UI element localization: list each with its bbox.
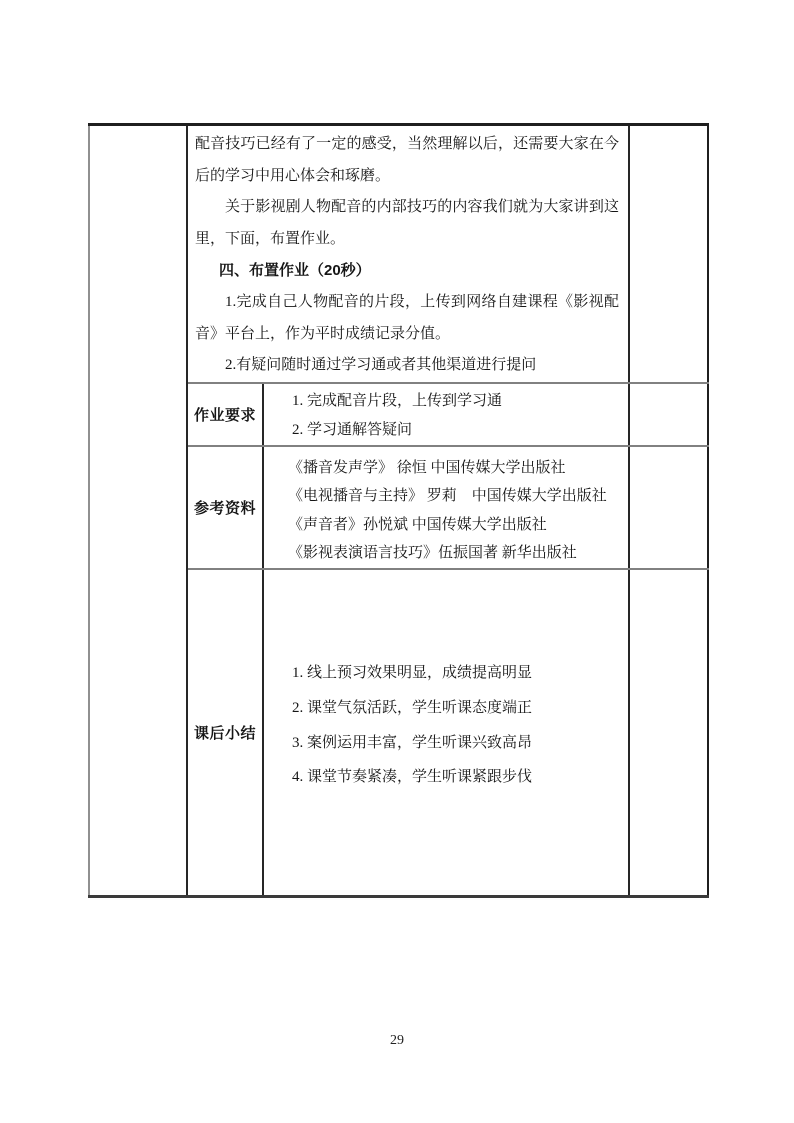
cell-homework-requirements: 1. 完成配音片段，上传到学习通 2. 学习通解答疑问 [263,383,629,446]
summary-line: 2. 课堂气氛活跃，学生听课态度端正 [292,691,622,726]
summary-line: 3. 案例运用丰富，学生听课兴致高昂 [292,726,622,761]
table-cell-right-empty [629,569,708,897]
summary-line: 1. 线上预习效果明显，成绩提高明显 [292,656,622,691]
homework-line: 2. 学习通解答疑问 [292,416,622,445]
paragraph-transition: 关于影视剧人物配音的内部技巧的内容我们就为大家讲到这里，下面，布置作业。 [195,192,619,255]
paragraph-homework-item-1: 1.完成自己人物配音的片段，上传到网络自建课程《影视配音》平台上，作为平时成绩记… [195,287,619,350]
reference-line: 《声音者》孙悦斌 中国传媒大学出版社 [288,511,622,540]
cell-references: 《播音发声学》 徐恒 中国传媒大学出版社 《电视播音与主持》 罗莉 中国传媒大学… [263,446,629,569]
row-label-references: 参考资料 [187,446,263,569]
section-heading-homework: 四、布置作业（20秒） [195,255,619,287]
reference-line: 《电视播音与主持》 罗莉 中国传媒大学出版社 [288,482,622,511]
row-label-homework-requirements: 作业要求 [187,383,263,446]
table-cell-lesson-content: 配音技巧已经有了一定的感受，当然理解以后，还需要大家在今后的学习中用心体会和琢磨… [187,125,629,383]
table-cell-right-empty [629,446,708,569]
summary-line: 4. 课堂节奏紧凑，学生听课紧跟步伐 [292,760,622,795]
paragraph-homework-item-2: 2.有疑问随时通过学习通或者其他渠道进行提问 [195,350,619,382]
page-number: 29 [0,1033,794,1049]
table-row: 配音技巧已经有了一定的感受，当然理解以后，还需要大家在今后的学习中用心体会和琢磨… [89,125,708,383]
row-label-class-summary: 课后小结 [187,569,263,897]
table-cell-right-empty [629,125,708,383]
document-page: 配音技巧已经有了一定的感受，当然理解以后，还需要大家在今后的学习中用心体会和琢磨… [0,0,794,1123]
lesson-plan-table: 配音技巧已经有了一定的感受，当然理解以后，还需要大家在今后的学习中用心体会和琢磨… [88,123,709,898]
table-cell-left-empty [89,125,187,897]
paragraph-continuation: 配音技巧已经有了一定的感受，当然理解以后，还需要大家在今后的学习中用心体会和琢磨… [195,129,619,192]
cell-class-summary: 1. 线上预习效果明显，成绩提高明显 2. 课堂气氛活跃，学生听课态度端正 3.… [263,569,629,897]
table-cell-right-empty [629,383,708,446]
reference-line: 《影视表演语言技巧》伍振国著 新华出版社 [288,539,622,568]
homework-line: 1. 完成配音片段，上传到学习通 [292,387,622,416]
reference-line: 《播音发声学》 徐恒 中国传媒大学出版社 [288,454,622,483]
